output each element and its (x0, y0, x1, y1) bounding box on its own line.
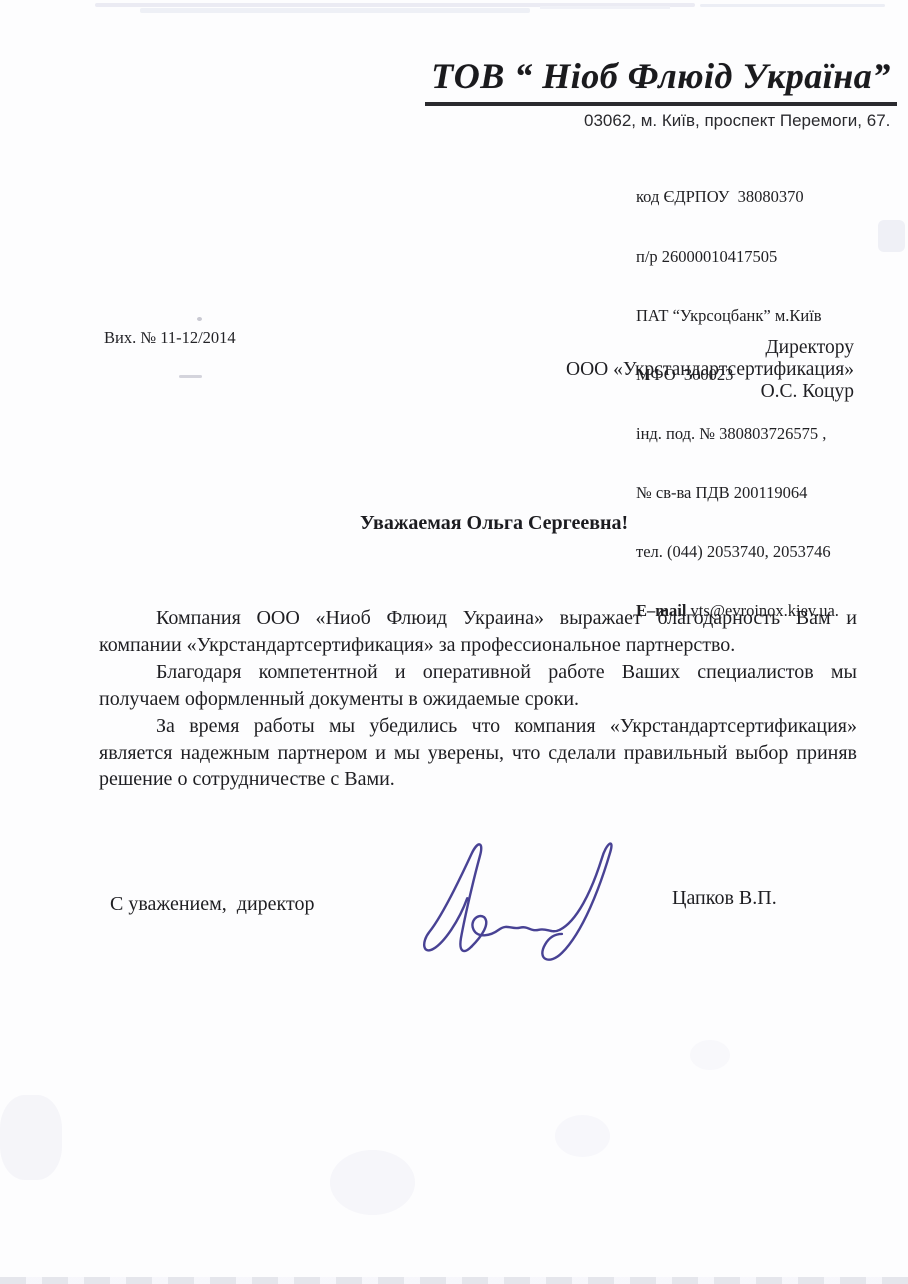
scanned-letter-page: ТОВ “ Ніоб Флюід Україна” 03062, м. Київ… (0, 0, 908, 1284)
scan-smudge-artifact (555, 1115, 610, 1157)
scan-streak-artifact (140, 8, 530, 13)
addressee-name: О.С. Коцур (566, 381, 854, 403)
scan-smudge-artifact (878, 220, 905, 252)
detail-line-account: п/р 26000010417505 (636, 247, 839, 267)
detail-line-tax-number: інд. под. № 380803726575 , (636, 424, 839, 444)
handwritten-signature (408, 833, 638, 975)
body-paragraph-2: Благодаря компетентной и оперативной раб… (99, 659, 857, 713)
scan-edge-artifact (0, 1277, 908, 1284)
scan-dash-artifact (179, 375, 202, 378)
scan-smudge-artifact (330, 1150, 415, 1215)
addressee-position: Директору (566, 337, 854, 359)
company-title: ТОВ “ Ніоб Флюід Україна” (425, 55, 897, 106)
scan-smudge-artifact (690, 1040, 730, 1070)
detail-line-phone: тел. (044) 2053740, 2053746 (636, 542, 839, 562)
scan-smudge-artifact (0, 1095, 62, 1180)
company-details-block: код ЄДРПОУ 38080370 п/р 26000010417505 П… (636, 148, 839, 660)
outgoing-number: Вих. № 11-12/2014 (104, 328, 236, 348)
company-address: 03062, м. Київ, проспект Перемоги, 67. (584, 111, 890, 131)
scan-streak-artifact (700, 4, 885, 7)
detail-line-vat-certificate: № св-ва ПДВ 200119064 (636, 483, 839, 503)
body-paragraph-1: Компания ООО «Ниоб Флюид Украина» выража… (99, 605, 857, 659)
detail-line-edrpou: код ЄДРПОУ 38080370 (636, 187, 839, 207)
closing-phrase: С уважением, директор (110, 893, 314, 916)
body-paragraph-3: За время работы мы убедились что компани… (99, 713, 857, 794)
addressee-company: ООО «Укрстандартсертификация» (566, 359, 854, 381)
letter-body: Компания ООО «Ниоб Флюид Украина» выража… (99, 605, 857, 793)
salutation: Уважаемая Ольга Сергеевна! (360, 512, 628, 535)
detail-line-bank: ПАТ “Укрсоцбанк” м.Київ (636, 306, 839, 326)
signatory-name: Цапков В.П. (672, 887, 777, 910)
addressee-block: Директору ООО «Укрстандартсертификация» … (566, 337, 854, 402)
scan-speck-artifact (197, 317, 202, 321)
scan-streak-artifact (95, 3, 695, 7)
scan-streak-artifact (540, 6, 670, 9)
